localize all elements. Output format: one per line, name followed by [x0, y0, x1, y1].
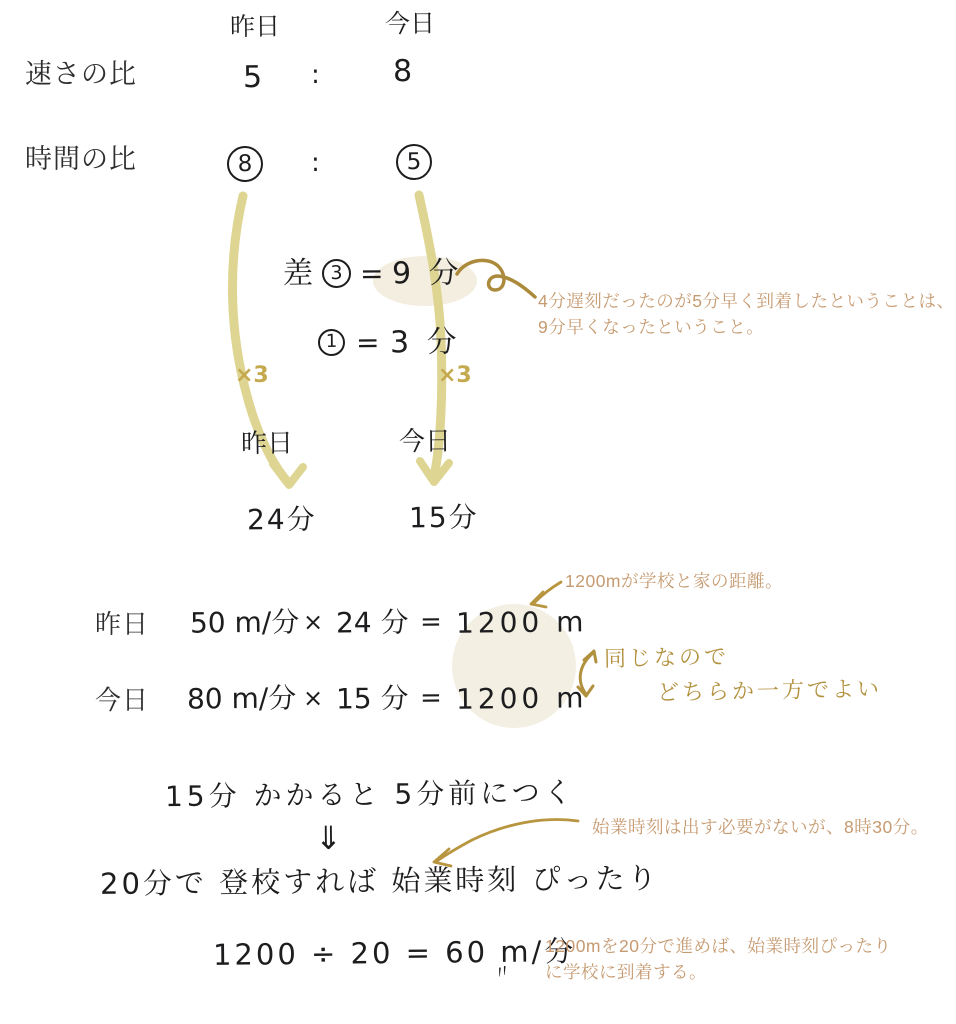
time-ratio-label: 時間の比 — [25, 145, 137, 173]
distance-note-arrow — [534, 582, 561, 603]
distance-note: 1200mが学校と家の距離。 — [565, 568, 783, 594]
speed-ratio-label: 速さの比 — [25, 60, 137, 88]
nine-min-note-line1: 4分遅刻だったのが5分早く到着したということは、 — [538, 288, 954, 314]
equation-today-speed: 80 m/分 — [187, 683, 303, 714]
equation-yesterday-minutes: 24 分 — [336, 608, 420, 638]
equation-yesterday-times: × — [303, 610, 336, 636]
time-ratio-today-circled-value: 5 — [396, 144, 432, 180]
equation-yesterday-label: 昨日 — [95, 611, 149, 638]
handwritten-math-note: 昨日 今日 速さの比 5 : 8 時間の比 8 : 5 差 3 = 9 分 1 … — [0, 0, 956, 1024]
conclusion-line2: 20分で 登校すれば 始業時刻 ぴったり — [100, 863, 660, 899]
time-ratio-colon: : — [311, 150, 320, 177]
unit-circled-one: 1 — [318, 329, 345, 356]
start-time-note: 始業時刻は出す必要がないが、8時30分。 — [592, 814, 929, 840]
column-header-today: 今日 — [385, 11, 435, 38]
minutes-today-value: 15分 — [409, 503, 479, 533]
equation-today-minutes: 15 分 — [336, 684, 420, 714]
same-value-arrowhead-top-icon — [584, 651, 596, 662]
nine-min-note: 4分遅刻だったのが5分早く到着したということは、 9分早くなったということ。 — [538, 288, 954, 340]
minutes-yesterday-value: 24分 — [247, 505, 317, 535]
equation-yesterday-speed: 50 m/分 — [190, 607, 303, 638]
final-note-line2: に学校に到着する。 — [545, 959, 891, 985]
unit-equals: = — [356, 328, 380, 358]
multiplier-left-label: ×3 — [235, 364, 269, 387]
equation-yesterday-equals: = — [420, 609, 456, 637]
arrow-label-today: 今日 — [399, 429, 451, 457]
equation-yesterday-result: 1200 m — [456, 607, 588, 638]
start-time-note-arrow — [437, 820, 578, 861]
difference-circled-three: 3 — [322, 259, 351, 288]
speed-ratio-yesterday-value: 5 — [243, 62, 262, 94]
nine-min-note-line2: 9分早くなったということ。 — [538, 314, 954, 340]
difference-prefix: 差 — [283, 258, 313, 290]
conclusion-line1: 15分 かかると 5分前につく — [165, 778, 576, 812]
same-note-line2: どちらか一方でよい — [657, 678, 882, 705]
arrow-label-yesterday: 昨日 — [241, 431, 293, 459]
difference-equals: = — [360, 259, 384, 289]
same-note-line1: 同じなので — [604, 646, 729, 671]
time-ratio-yesterday-circled-value: 8 — [227, 146, 263, 182]
final-note: 1200mを20分で進めば、始業時刻ぴったり に学校に到着する。 — [545, 933, 891, 985]
equation-today-equals: = — [420, 685, 456, 713]
unit-value: 3 分 — [390, 327, 461, 359]
speed-ratio-today-value: 8 — [393, 56, 412, 88]
double-down-arrow-icon: ⇓ — [315, 822, 342, 856]
final-note-line1: 1200mを20分で進めば、始業時刻ぴったり — [545, 933, 891, 959]
equation-today-times: × — [303, 686, 336, 712]
speed-ratio-colon: : — [311, 62, 320, 89]
equation-today-result: 1200 m — [456, 683, 588, 714]
final-equation: 1200 ÷ 20 = 60 m/分 — [213, 936, 577, 970]
equation-today-label: 今日 — [95, 687, 149, 714]
column-header-yesterday: 昨日 — [230, 14, 280, 41]
difference-value: 9 分 — [392, 258, 463, 290]
yesterday-curve-arrowhead-icon — [273, 464, 303, 485]
multiplier-right-label: ×3 — [438, 364, 472, 387]
